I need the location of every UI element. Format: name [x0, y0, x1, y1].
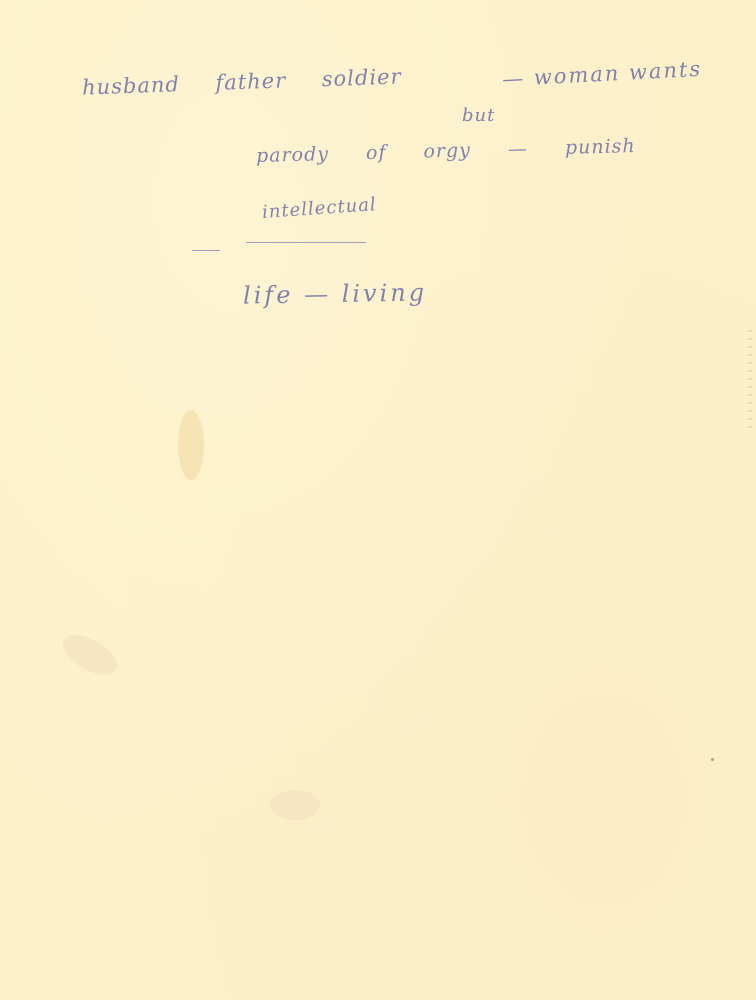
- note-page: husband father soldier — woman wants but…: [0, 0, 756, 1000]
- paper-smudge: [270, 790, 320, 820]
- handwritten-line-1-continuation: — woman wants: [502, 57, 703, 91]
- handwritten-insert: but: [462, 105, 495, 126]
- paper-stain: [178, 410, 204, 480]
- handwritten-rule: [246, 242, 366, 243]
- handwritten-dash: [192, 250, 220, 251]
- ink-dot: [711, 758, 714, 761]
- paper-edge-marks: [748, 330, 752, 430]
- handwritten-line-2: parody of orgy — punish: [256, 135, 636, 167]
- handwritten-line-3: intellectual: [261, 194, 377, 223]
- handwritten-line-4: life — living: [243, 278, 428, 309]
- paper-smudge: [57, 627, 124, 683]
- handwritten-line-1: husband father soldier: [82, 64, 402, 99]
